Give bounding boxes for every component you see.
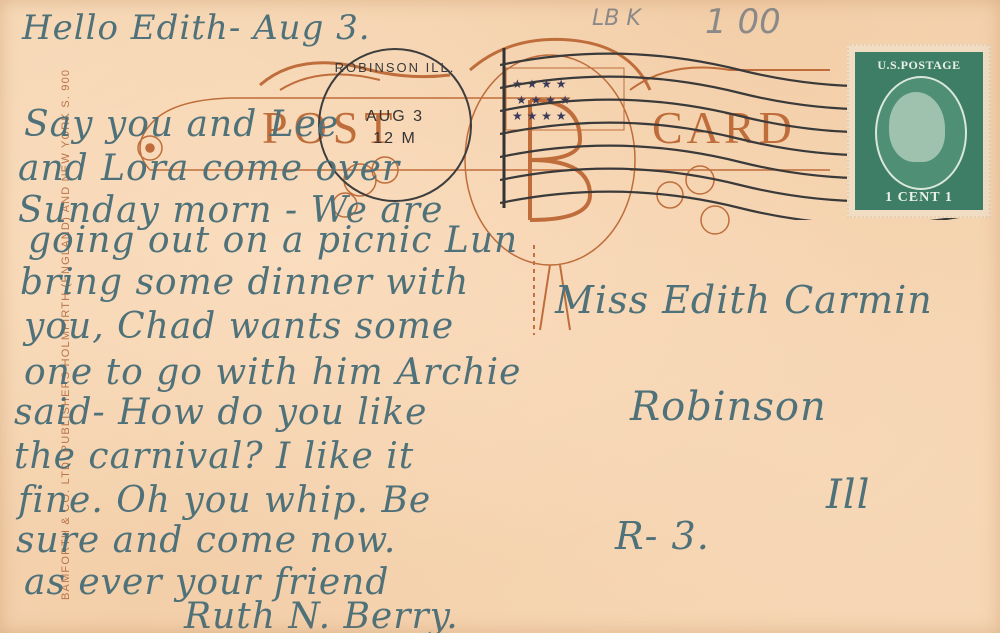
- washington-portrait-icon: [889, 92, 945, 162]
- postmark-date: AUG 3: [320, 108, 470, 126]
- message-line: Say you and Lee: [24, 104, 339, 145]
- message-signature: Ruth N. Berry.: [184, 596, 459, 633]
- pencil-note-price: 1 00: [705, 2, 781, 42]
- message-line: going out on a picnic Lun: [28, 220, 518, 261]
- stamp-face: U.S.POSTAGE 1 CENT 1: [855, 52, 983, 210]
- stamp-denomination: 1 CENT 1: [855, 190, 983, 206]
- message-line: sure and come now.: [16, 520, 396, 561]
- postcard-back: POST CARD ★ ★ ★ ★ ★ ★ ★ ★ ★ ★ ★ ★ U.S.PO…: [0, 0, 1000, 633]
- pencil-note-code: LB K: [592, 6, 641, 31]
- postmark-town: ROBINSON ILL.: [320, 60, 470, 75]
- message-line: one to go with him Archie: [24, 352, 521, 393]
- message-line: said- How do you like: [14, 392, 427, 433]
- stamp-top-text: U.S.POSTAGE: [855, 58, 983, 73]
- postage-stamp: U.S.POSTAGE 1 CENT 1: [847, 44, 991, 218]
- address-city: Robinson: [630, 384, 827, 430]
- address-name: Miss Edith Carmin: [555, 278, 933, 322]
- message-line: you, Chad wants some: [24, 306, 454, 347]
- message-greeting: Hello Edith- Aug 3.: [22, 8, 371, 48]
- message-line: bring some dinner with: [20, 262, 469, 303]
- address-route: R- 3.: [615, 514, 710, 558]
- message-line: and Lora come over: [18, 148, 400, 189]
- postmark-time: 12 M: [320, 130, 470, 148]
- address-state: Ill: [826, 472, 870, 518]
- message-line: fine. Oh you whip. Be: [18, 480, 431, 521]
- address-divider: [533, 245, 535, 335]
- message-line: the carnival? I like it: [14, 436, 414, 477]
